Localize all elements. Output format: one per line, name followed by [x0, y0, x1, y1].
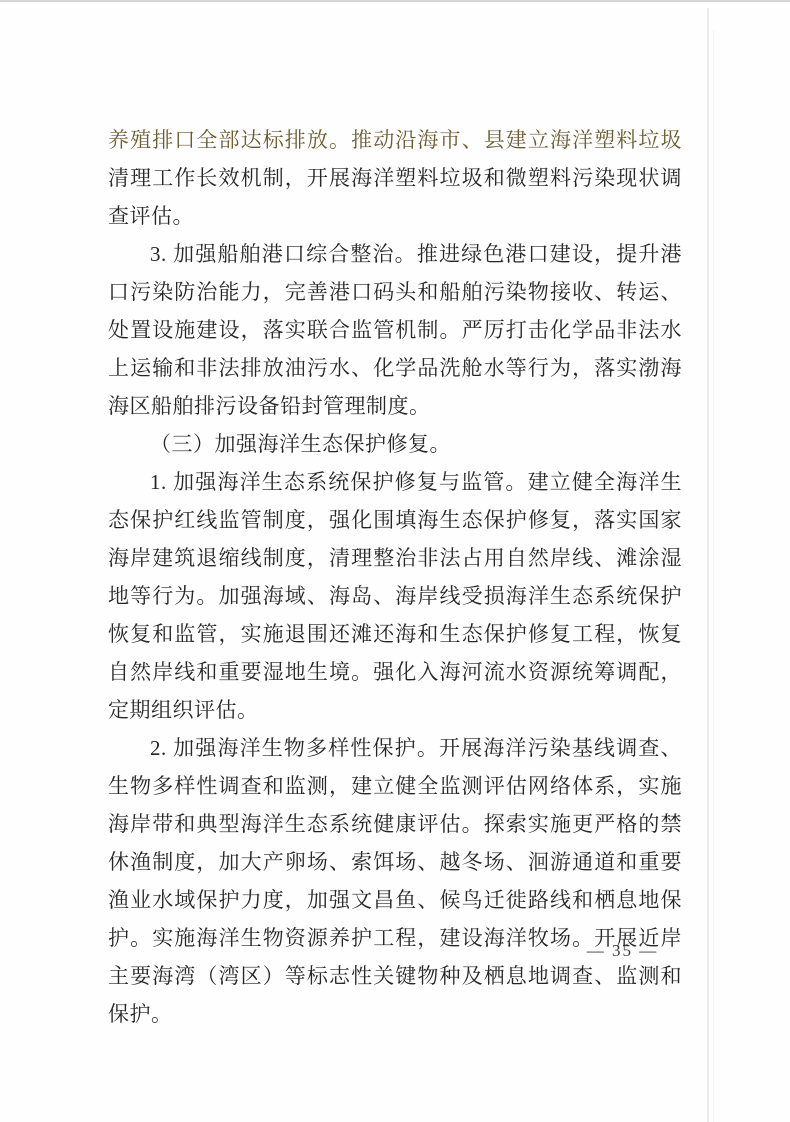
scanned-document-page: 养殖排口全部达标排放。推动沿海市、县建立海洋塑料垃圾清理工作长效机制，开展海洋塑… — [0, 0, 790, 1122]
body-paragraph: 养殖排口全部达标排放。推动沿海市、县建立海洋塑料垃圾清理工作长效机制，开展海洋塑… — [108, 121, 682, 235]
scan-artifact-vertical-line-faint — [713, 30, 714, 1122]
document-body: 养殖排口全部达标排放。推动沿海市、县建立海洋塑料垃圾清理工作长效机制，开展海洋塑… — [108, 121, 682, 1033]
page-number: — 35 — — [575, 941, 670, 961]
body-paragraph: 1. 加强海洋生态系统保护修复与监管。建立健全海洋生态保护红线监管制度，强化围填… — [108, 463, 682, 729]
section-heading: （三）加强海洋生态保护修复。 — [108, 425, 682, 463]
body-paragraph: 2. 加强海洋生物多样性保护。开展海洋污染基线调查、生物多样性调查和监测，建立健… — [108, 729, 682, 1033]
scan-artifact-vertical-line — [707, 8, 709, 1122]
scan-artifact-top-edge — [0, 0, 790, 2]
body-paragraph: 3. 加强船舶港口综合整治。推进绿色港口建设，提升港口污染防治能力，完善港口码头… — [108, 235, 682, 425]
